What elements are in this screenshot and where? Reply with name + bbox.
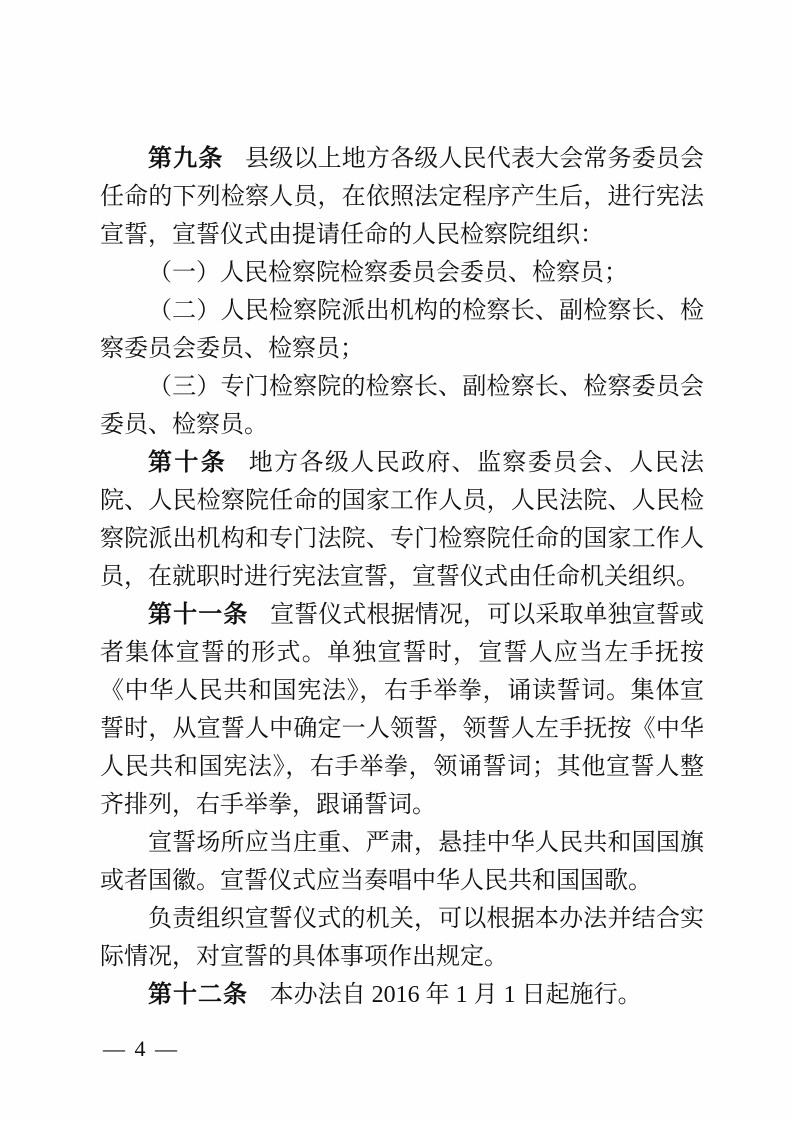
paragraph-text: 负责组织宣誓仪式的机关，可以根据本办法并结合实际情况，对宣誓的具体事项作出规定。 bbox=[100, 906, 704, 970]
paragraph-text: 宣誓场所应当庄重、严肃，悬挂中华人民共和国国旗或者国徽。宣誓仪式应当奏唱中华人民… bbox=[100, 830, 704, 894]
page-footer: — 4 — bbox=[103, 1036, 179, 1062]
paragraph-article-10: 第十条地方各级人民政府、监察委员会、人民法院、人民检察院任命的国家工作人员，人民… bbox=[100, 444, 704, 596]
paragraph-text: （三）专门检察院的检察长、副检察长、检察委员会委员、检察员。 bbox=[100, 374, 704, 438]
paragraph-text: （一）人民检察院检察委员会委员、检察员； bbox=[148, 260, 628, 286]
paragraph-oath-venue: 宣誓场所应当庄重、严肃，悬挂中华人民共和国国旗或者国徽。宣誓仪式应当奏唱中华人民… bbox=[100, 824, 704, 900]
article-number: 第十条 bbox=[148, 450, 227, 476]
paragraph-article-12: 第十二条本办法自 2016 年 1 月 1 日起施行。 bbox=[100, 976, 704, 1014]
article-number: 第十二条 bbox=[148, 982, 248, 1008]
document-text-block: 第九条县级以上地方各级人民代表大会常务委员会任命的下列检察人员，在依照法定程序产… bbox=[100, 140, 704, 1014]
paragraph-article-11: 第十一条宣誓仪式根据情况，可以采取单独宣誓或者集体宣誓的形式。单独宣誓时，宣誓人… bbox=[100, 596, 704, 824]
page-number: — 4 — bbox=[103, 1036, 179, 1061]
paragraph-organizing-organ: 负责组织宣誓仪式的机关，可以根据本办法并结合实际情况，对宣誓的具体事项作出规定。 bbox=[100, 900, 704, 976]
article-number: 第十一条 bbox=[148, 602, 248, 628]
paragraph-text: （二）人民检察院派出机构的检察长、副检察长、检察委员会委员、检察员； bbox=[100, 298, 704, 362]
paragraph-item-2: （二）人民检察院派出机构的检察长、副检察长、检察委员会委员、检察员； bbox=[100, 292, 704, 368]
article-number: 第九条 bbox=[148, 146, 224, 172]
paragraph-text: 本办法自 2016 年 1 月 1 日起施行。 bbox=[270, 982, 642, 1008]
paragraph-item-3: （三）专门检察院的检察长、副检察长、检察委员会委员、检察员。 bbox=[100, 368, 704, 444]
paragraph-article-9: 第九条县级以上地方各级人民代表大会常务委员会任命的下列检察人员，在依照法定程序产… bbox=[100, 140, 704, 254]
document-page: 第九条县级以上地方各级人民代表大会常务委员会任命的下列检察人员，在依照法定程序产… bbox=[0, 0, 793, 1122]
paragraph-item-1: （一）人民检察院检察委员会委员、检察员； bbox=[100, 254, 704, 292]
paragraph-text: 宣誓仪式根据情况，可以采取单独宣誓或者集体宣誓的形式。单独宣誓时，宣誓人应当左手… bbox=[100, 602, 704, 818]
